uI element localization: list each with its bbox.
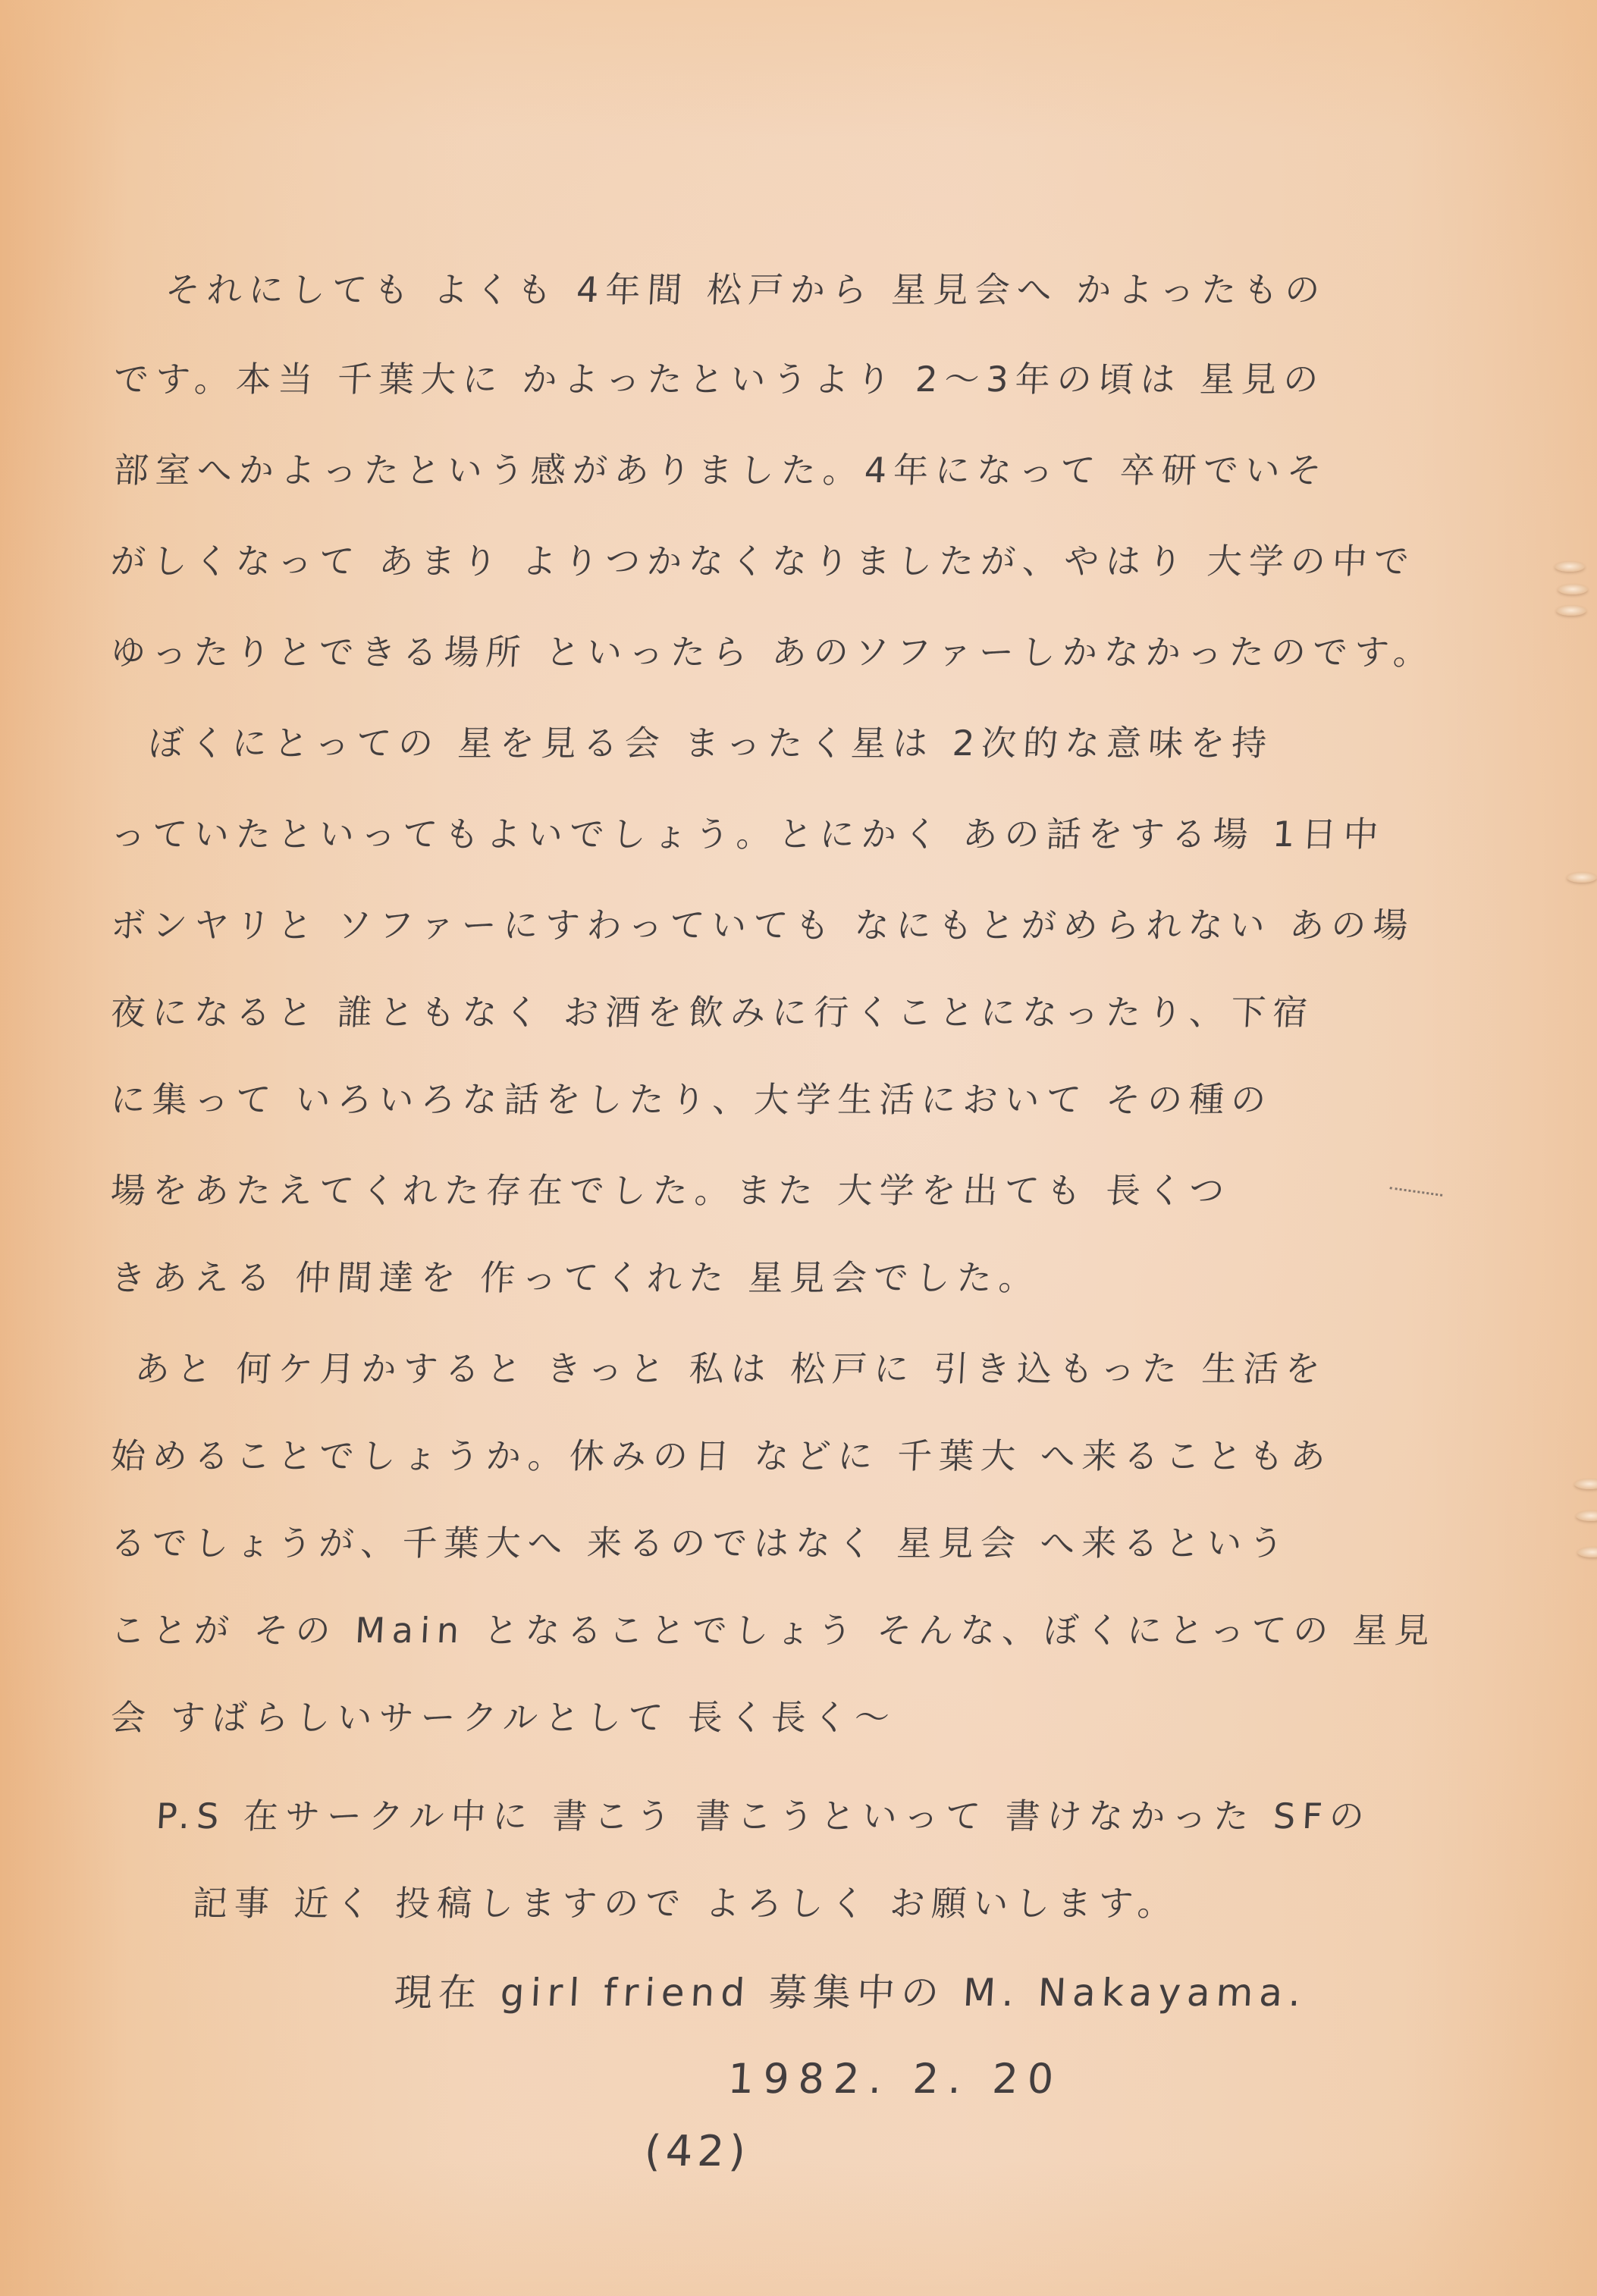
text-line: きあえる 仲間達を 作ってくれた 星見会でした。 <box>109 1255 1041 1300</box>
postscript-line: 記事 近く 投稿しますので よろしく お願いします。 <box>191 1880 1180 1926</box>
text-line: ボンヤリと ソファーにすわっていても なにもとがめられない あの場 <box>109 902 1416 948</box>
text-line: それにしても よくも 4年間 松戸から 星見会へ かよったもの <box>164 267 1328 312</box>
text-line: です。本当 千葉大に かよったというより 2〜3年の頃は 星見の <box>112 356 1326 402</box>
text-line: あと 何ケ月かすると きっと 私は 松戸に 引き込もった 生活を <box>133 1346 1328 1391</box>
text-line: っていたといってもよいでしょう。とにかく あの話をする場 1日中 <box>109 811 1386 857</box>
text-line: に集って いろいろな話をしたり、大学生活において その種の <box>109 1077 1273 1122</box>
postscript-line: P.S 在サークル中に 書こう 書こうといって 書けなかった SFの <box>155 1793 1372 1839</box>
date: 1982. 2. 20 <box>726 2056 1063 2102</box>
text-line: ゆったりとできる場所 といったら あのソファーしかなかったのです。 <box>109 629 1435 675</box>
text-line: ぼくにとっての 星を見る会 まったく星は 2次的な意味を持 <box>147 720 1274 766</box>
text-line: 会 すばらしいサークルとして 長く長く〜 <box>109 1695 897 1740</box>
text-line: がしくなって あまり よりつかなくなりましたが、やはり 大学の中で <box>109 538 1417 584</box>
text-line: ことが その Main となることでしょう そんな、ぼくにとっての 星見 <box>109 1608 1437 1653</box>
page-number: (42) <box>643 2129 751 2175</box>
text-line: 始めることでしょうか。休みの日 などに 千葉大 へ来ることもあ <box>109 1433 1333 1479</box>
text-line: るでしょうが、千葉大へ 来るのではなく 星見会 へ来るという <box>109 1520 1291 1566</box>
text-line: 部室へかよったという感がありました。4年になって 卒研でいそ <box>112 447 1329 493</box>
handwritten-essay: それにしても よくも 4年間 松戸から 星見会へ かよったもの です。本当 千葉… <box>0 0 1597 2296</box>
text-line: 場をあたえてくれた存在でした。また 大学を出ても 長くつ <box>109 1168 1231 1213</box>
author-signature: 現在 girl friend 募集中の M. Nakayama. <box>393 1970 1307 2015</box>
text-line: 夜になると 誰ともなく お酒を飲みに行くことになったり、下宿 <box>109 990 1315 1035</box>
